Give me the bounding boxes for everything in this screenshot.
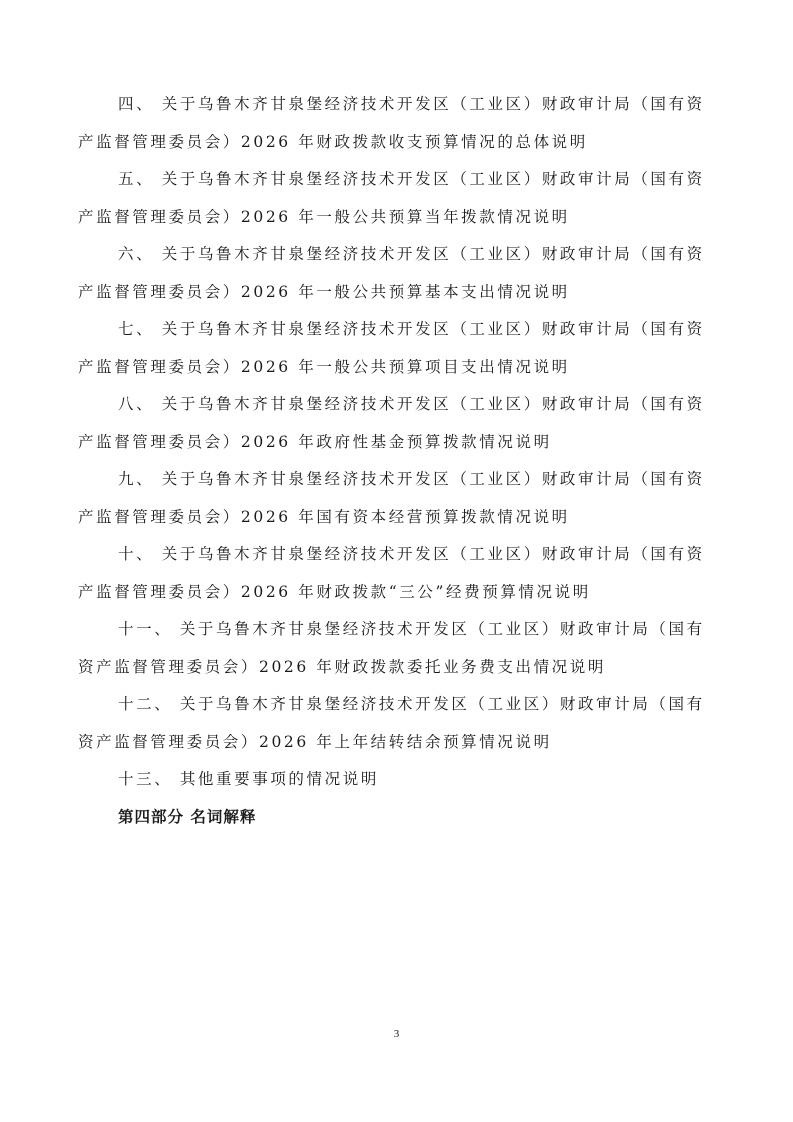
- toc-item-line2: 产监督管理委员会）2026 年财政拨款收支预算情况的总体说明: [78, 124, 718, 162]
- toc-item-7: 七、 关于乌鲁木齐甘泉堡经济技术开发区（工业区）财政审计局（国有资 产监督管理委…: [78, 311, 718, 386]
- toc-item-5: 五、 关于乌鲁木齐甘泉堡经济技术开发区（工业区）财政审计局（国有资 产监督管理委…: [78, 161, 718, 236]
- toc-item-line2: 产监督管理委员会）2026 年财政拨款“三公”经费预算情况说明: [78, 574, 718, 612]
- toc-item-line2: 产监督管理委员会）2026 年一般公共预算基本支出情况说明: [78, 274, 718, 312]
- document-page: 四、 关于乌鲁木齐甘泉堡经济技术开发区（工业区）财政审计局（国有资 产监督管理委…: [78, 86, 718, 836]
- toc-item-line1: 十二、 关于乌鲁木齐甘泉堡经济技术开发区（工业区）财政审计局（国有: [78, 686, 718, 724]
- toc-item-line1: 八、 关于乌鲁木齐甘泉堡经济技术开发区（工业区）财政审计局（国有资: [78, 386, 718, 424]
- toc-item-line2: 产监督管理委员会）2026 年政府性基金预算拨款情况说明: [78, 424, 718, 462]
- toc-item-line1: 十、 关于乌鲁木齐甘泉堡经济技术开发区（工业区）财政审计局（国有资: [78, 536, 718, 574]
- toc-item-line1: 六、 关于乌鲁木齐甘泉堡经济技术开发区（工业区）财政审计局（国有资: [78, 236, 718, 274]
- toc-item-10: 十、 关于乌鲁木齐甘泉堡经济技术开发区（工业区）财政审计局（国有资 产监督管理委…: [78, 536, 718, 611]
- toc-item-line2: 产监督管理委员会）2026 年一般公共预算当年拨款情况说明: [78, 199, 718, 237]
- toc-item-4: 四、 关于乌鲁木齐甘泉堡经济技术开发区（工业区）财政审计局（国有资 产监督管理委…: [78, 86, 718, 161]
- page-number: 3: [0, 1028, 793, 1040]
- toc-item-13: 十三、 其他重要事项的情况说明: [78, 761, 718, 799]
- toc-item-8: 八、 关于乌鲁木齐甘泉堡经济技术开发区（工业区）财政审计局（国有资 产监督管理委…: [78, 386, 718, 461]
- toc-item-12: 十二、 关于乌鲁木齐甘泉堡经济技术开发区（工业区）财政审计局（国有 资产监督管理…: [78, 686, 718, 761]
- toc-item-11: 十一、 关于乌鲁木齐甘泉堡经济技术开发区（工业区）财政审计局（国有 资产监督管理…: [78, 611, 718, 686]
- toc-item-line2: 产监督管理委员会）2026 年国有资本经营预算拨款情况说明: [78, 499, 718, 537]
- toc-item-9: 九、 关于乌鲁木齐甘泉堡经济技术开发区（工业区）财政审计局（国有资 产监督管理委…: [78, 461, 718, 536]
- toc-item-line1: 五、 关于乌鲁木齐甘泉堡经济技术开发区（工业区）财政审计局（国有资: [78, 161, 718, 199]
- toc-item-line2: 资产监督管理委员会）2026 年财政拨款委托业务费支出情况说明: [78, 649, 718, 687]
- toc-item-line1: 十三、 其他重要事项的情况说明: [78, 761, 718, 799]
- toc-item-line2: 产监督管理委员会）2026 年一般公共预算项目支出情况说明: [78, 349, 718, 387]
- toc-item-line1: 十一、 关于乌鲁木齐甘泉堡经济技术开发区（工业区）财政审计局（国有: [78, 611, 718, 649]
- toc-item-line1: 七、 关于乌鲁木齐甘泉堡经济技术开发区（工业区）财政审计局（国有资: [78, 311, 718, 349]
- toc-item-line2: 资产监督管理委员会）2026 年上年结转结余预算情况说明: [78, 724, 718, 762]
- toc-item-line1: 四、 关于乌鲁木齐甘泉堡经济技术开发区（工业区）财政审计局（国有资: [78, 86, 718, 124]
- toc-item-line1: 九、 关于乌鲁木齐甘泉堡经济技术开发区（工业区）财政审计局（国有资: [78, 461, 718, 499]
- toc-item-6: 六、 关于乌鲁木齐甘泉堡经济技术开发区（工业区）财政审计局（国有资 产监督管理委…: [78, 236, 718, 311]
- section-heading: 第四部分 名词解释: [78, 799, 718, 837]
